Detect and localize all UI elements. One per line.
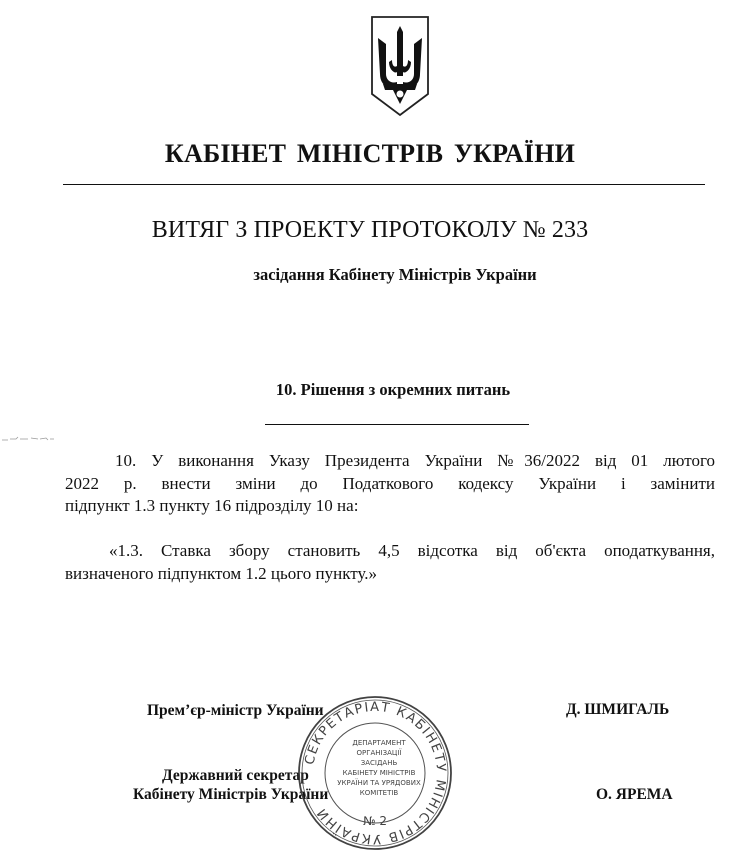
paragraph-decision: 10. У виконання Указу Президента України… (65, 450, 715, 518)
stamp-inner-line: УКРАЇНИ ТА УРЯДОВИХ (337, 778, 421, 787)
paragraph-line: визначеного підпунктом 1.2 цього пункту.… (65, 563, 715, 586)
organization-title: КАБІНЕТ МІНІСТРІВ УКРАЇНИ (0, 139, 740, 169)
paragraph-line: підпункт 1.3 пункту 16 підрозділу 10 на: (65, 495, 715, 518)
signature-name-prime-minister: Д. ШМИГАЛЬ (566, 701, 669, 719)
paragraph-line: 10. У виконання Указу Президента України… (65, 450, 715, 473)
official-round-seal-icon: СЕКРЕТАРІАТ КАБІНЕТУ МІНІСТРІВ УКРАЇНИ Д… (295, 693, 455, 853)
paragraph-line: «1.3. Ставка збору становить 4,5 відсотк… (65, 540, 715, 563)
scan-artifact-mark (2, 436, 54, 442)
paragraph-line: 2022 р. внести зміни до Податкового коде… (65, 473, 715, 496)
stamp-inner-line: ЗАСІДАНЬ (361, 759, 398, 767)
header-divider (63, 184, 705, 185)
stamp-inner-line: КАБІНЕТУ МІНІСТРІВ (343, 769, 416, 777)
stamp-inner-line: ДЕПАРТАМЕНТ (352, 739, 406, 747)
paragraph-quoted-amendment: «1.3. Ставка збору становить 4,5 відсотк… (65, 540, 715, 585)
stamp-inner-line: КОМІТЕТІВ (360, 789, 399, 797)
stamp-inner-line: ОРГАНІЗАЦІЇ (357, 748, 403, 757)
document-subtitle: засідання Кабінету Міністрів України (0, 265, 740, 285)
section-title: 10. Рішення з окремних питань (0, 380, 740, 400)
document-title: ВИТЯГ З ПРОЕКТУ ПРОТОКОЛУ № 233 (0, 217, 740, 244)
signature-position-state-secretary-line-1: Державний секретар (162, 767, 309, 785)
trident-coat-of-arms-icon (369, 14, 431, 118)
signature-name-state-secretary: О. ЯРЕМА (596, 786, 673, 804)
section-divider (265, 424, 529, 425)
stamp-number: № 2 (363, 814, 387, 828)
